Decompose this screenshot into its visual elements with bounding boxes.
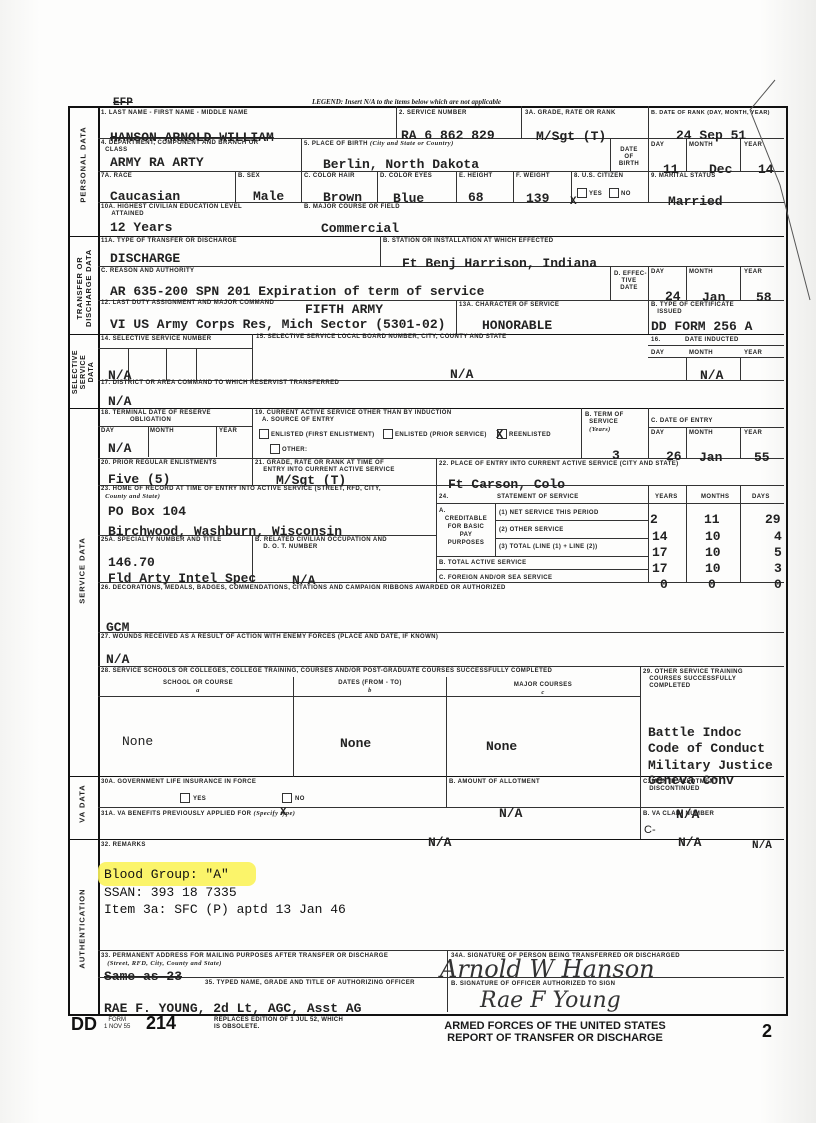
school-value: None <box>122 735 153 749</box>
col-dates-label: DATES (From - To)b <box>330 680 410 695</box>
enlisted-first-label: ENLISTED (First Enlistment) <box>271 432 374 439</box>
terminal-date-value: N/A <box>108 442 131 456</box>
item7d-label: d. COLOR EYES <box>380 173 432 180</box>
item7f-label: f. WEIGHT <box>516 173 550 180</box>
item14-label: 14. SELECTIVE SERVICE NUMBER <box>101 336 211 343</box>
race-value: Caucasian <box>110 190 180 204</box>
item22-label: 22. PLACE OF ENTRY INTO CURRENT ACTIVE S… <box>439 461 679 468</box>
place-of-entry-value: Ft Carson, Colo <box>448 478 565 492</box>
department-value: ARMY RA ARTY <box>110 156 204 170</box>
item31a-label: 31a. VA BENEFITS PREVIOUSLY APPLIED FOR … <box>101 810 295 818</box>
place-of-birth-value: Berlin, North Dakota <box>323 158 479 172</box>
eff-month-label: MONTH <box>689 269 713 276</box>
item27-label: 27. WOUNDS RECEIVED AS A RESULT OF ACTIO… <box>101 634 438 641</box>
service-row-label: (2) OTHER SERVICE <box>499 527 564 534</box>
claim-number-value: N/A <box>678 836 701 850</box>
education-value: 12 Years <box>110 221 172 235</box>
item17-label: 17. DISTRICT OR AREA COMMAND TO WHICH RE… <box>101 380 339 387</box>
service-row-label: (1) NET SERVICE THIS PERIOD <box>499 510 599 517</box>
major-command-value: FIFTH ARMY <box>305 303 383 317</box>
ind-day-label: DAY <box>651 350 664 357</box>
last-duty-value: VI US Army Corps Res, Mich Sector (5301-… <box>110 318 445 332</box>
home-line1-value: PO Box 104 <box>108 505 186 519</box>
item11b-label: b. STATION OR INSTALLATION AT WHICH EFFE… <box>383 238 553 245</box>
divider <box>68 408 784 409</box>
item4-label: 4. DEPARTMENT, COMPONENT AND BRANCH OR C… <box>101 140 259 154</box>
item12-label: 12. LAST DUTY ASSIGNMENT AND MAJOR COMMA… <box>101 300 274 307</box>
entry-day-label: DAY <box>651 430 664 437</box>
item30a-label: 30a. GOVERNMENT LIFE INSURANCE IN FORCE <box>101 779 256 786</box>
service-row-years: 17 <box>652 562 668 576</box>
section-selective-line2: SERVICE <box>80 350 88 394</box>
station-value: Ft Benj Harrison, Indiana <box>402 257 597 271</box>
character-value: HONORABLE <box>482 319 552 333</box>
item30c-label: c. MONTH ALLOTMENT DISCONTINUED <box>643 779 718 793</box>
item30b-label: b. AMOUNT OF ALLOTMENT <box>449 779 540 786</box>
col-years-label: YEARS <box>655 494 678 501</box>
section-personal-data: PERSONAL DATA <box>79 102 88 228</box>
ind-year-label: YEAR <box>744 350 762 357</box>
page-copy-number: 2 <box>762 1021 772 1042</box>
item25b-label: b. RELATED CIVILIAN OCCUPATION AND D. O.… <box>255 537 387 551</box>
item19a-label: a. SOURCE OF ENTRY <box>262 417 334 424</box>
enlisted-prior-checkbox[interactable] <box>383 429 393 439</box>
reenlisted-mark: X <box>496 428 503 442</box>
item7c-label: c. COLOR HAIR <box>304 173 355 180</box>
item20-label: 20. PRIOR REGULAR ENLISTMENTS <box>101 460 217 467</box>
item13b-label: b. TYPE OF CERTIFICATE ISSUED <box>651 302 734 316</box>
service-row-days: 4 <box>774 530 782 544</box>
major-value: Commercial <box>321 222 399 236</box>
section-service-data: SERVICE DATA <box>78 516 87 626</box>
insurance-yes-checkbox[interactable] <box>180 793 190 803</box>
item11a-label: 11a. TYPE OF TRANSFER OR DISCHARGE <box>101 238 237 245</box>
item16-label: DATE INDUCTED <box>685 337 739 344</box>
remarks-line: SSAN: 393 18 7335 <box>104 886 237 900</box>
sex-value: Male <box>253 190 284 204</box>
service-row-days: 0 <box>774 578 782 592</box>
form-prefix: DD <box>71 1014 97 1035</box>
citizen-no-checkbox[interactable] <box>609 188 619 198</box>
height-value: 68 <box>468 191 484 205</box>
service-row-years: 14 <box>652 530 668 544</box>
item1-label: 1. LAST NAME - FIRST NAME - MIDDLE NAME <box>101 110 248 117</box>
benefits-mark: X <box>280 806 287 820</box>
remarks-na: N/A <box>752 839 772 853</box>
major-courses-value: None <box>486 740 517 754</box>
item15-label: 15. SELECTIVE SERVICE LOCAL BOARD NUMBER… <box>256 334 507 341</box>
item26-label: 26. DECORATIONS, MEDALS, BADGES, COMMEND… <box>101 585 506 592</box>
section-transfer: TRANSFER OR DISCHARGE DATA <box>70 240 98 336</box>
entry-year-value: 55 <box>754 451 770 465</box>
remarks-line: Item 3a: SFC (P) aptd 13 Jan 46 <box>104 903 346 917</box>
item34b-label: b. SIGNATURE OF OFFICER AUTHORIZED TO SI… <box>451 981 615 988</box>
item11c-label: c. REASON AND AUTHORITY <box>101 268 194 275</box>
item2-label: 2. SERVICE NUMBER <box>399 110 467 117</box>
date-inducted-value: N/A <box>700 369 723 383</box>
benefits-value: N/A <box>428 836 451 850</box>
district-value: N/A <box>108 395 131 409</box>
item16-number: 16. <box>651 337 661 344</box>
service-row-label: c. FOREIGN AND/OR SEA SERVICE <box>439 575 552 582</box>
service-row-months: 10 <box>705 530 721 544</box>
citizen-yes-checkbox[interactable] <box>577 188 587 198</box>
insurance-no-checkbox[interactable] <box>282 793 292 803</box>
item10b-label: b. MAJOR COURSE OR FIELD <box>304 204 400 211</box>
transfer-type-value: DISCHARGE <box>110 252 180 266</box>
officer-value: RAE F. YOUNG, 2d Lt, AGC, Asst AG <box>104 1002 361 1016</box>
local-board-value: N/A <box>450 368 473 382</box>
dob-month-label: MONTH <box>689 142 713 149</box>
other-training-item: Military Justice <box>648 759 773 773</box>
specialty-title-value: Fld Arty Intel Spec <box>108 572 256 586</box>
other-training-item: Code of Conduct <box>648 742 765 756</box>
allotment-discontinued-value: N/A <box>676 808 699 822</box>
item25a-label: 25a. SPECIALTY NUMBER AND TITLE <box>101 537 222 544</box>
col-days-label: DAYS <box>752 494 770 501</box>
form-title-line1: ARMED FORCES OF THE UNITED STATES <box>430 1020 680 1032</box>
service-row-years: 0 <box>660 578 668 592</box>
service-row-months: 11 <box>704 513 720 527</box>
item18-label: 18. TERMINAL DATE OF RESERVE OBLIGATION <box>101 410 211 424</box>
service-row-label: b. TOTAL ACTIVE SERVICE <box>439 560 527 567</box>
item13a-label: 13a. CHARACTER OF SERVICE <box>459 302 559 309</box>
entry-year-label: YEAR <box>744 430 762 437</box>
other-training-item: Battle Indoc <box>648 726 742 740</box>
item24-title: STATEMENT OF SERVICE <box>497 494 579 501</box>
item35-label: 35. TYPED NAME, GRADE AND TITLE OF AUTHO… <box>205 980 415 987</box>
insurance-yes-label: YES <box>193 796 206 803</box>
item24a-label: a.CREDITABLEFOR BASICPAYPURPOSES <box>439 507 493 547</box>
citizen-mark: X <box>570 195 577 209</box>
section-va-data: VA DATA <box>78 771 87 837</box>
reason-value: AR 635-200 SPN 201 Expiration of term of… <box>110 285 484 299</box>
insurance-no-label: NO <box>295 796 305 803</box>
service-row-label: (3) TOTAL (Line (1) + line (2)) <box>499 544 598 551</box>
service-row-months: 0 <box>708 578 716 592</box>
t-year-label: YEAR <box>219 428 237 435</box>
remarks-line: Blood Group: "A" <box>104 868 229 882</box>
item23-label: 23. HOME OF RECORD AT TIME OF ENTRY INTO… <box>101 486 381 501</box>
date-of-rank-value: 24 Sep 51 <box>676 129 746 143</box>
claim-prefix: C- <box>644 824 656 836</box>
col-school-label: SCHOOL OR COURSEa <box>158 680 238 695</box>
item29-label: 29. OTHER SERVICE TRAINING COURSES SUCCE… <box>643 669 743 690</box>
item5-label: 5. PLACE OF BIRTH (City and State or Cou… <box>304 140 454 148</box>
item28-label: 28. SERVICE SCHOOLS OR COLLEGES, COLLEGE… <box>101 668 552 675</box>
item11d-label: d. EFFEC-TIVEDATE <box>614 271 644 292</box>
divider <box>68 236 784 237</box>
enlisted-prior-label: ENLISTED (Prior Service) <box>395 432 487 439</box>
col-months-label: MONTHS <box>701 494 729 501</box>
item24-label: 24. <box>439 494 449 501</box>
form-number: 214 <box>146 1013 176 1034</box>
reenlisted-label: REENLISTED <box>509 432 551 439</box>
wounds-value: N/A <box>106 653 129 667</box>
form-date-block: FORM1 NOV 55 <box>104 1017 130 1031</box>
certificate-value: DD FORM 256 A <box>651 320 752 334</box>
dates-value: None <box>340 737 371 751</box>
item33-label: 33. PERMANENT ADDRESS FOR MAILING PURPOS… <box>101 953 388 968</box>
section-selective: SELECTIVE SERVICE DATA <box>70 336 98 408</box>
entry-month-label: MONTH <box>689 430 713 437</box>
form-title-line2: REPORT OF TRANSFER OR DISCHARGE <box>430 1032 680 1044</box>
section-transfer-line1: TRANSFER OR <box>75 249 84 327</box>
item3a-label: 3a. GRADE, RATE OR RANK <box>525 110 616 117</box>
item32-label: 32. REMARKS <box>101 842 146 849</box>
other-label: OTHER: <box>282 447 307 454</box>
signature-officer: Rae F Young <box>480 988 621 1013</box>
item21-label: 21. GRADE, RATE OR RANK AT TIME OF ENTRY… <box>255 460 395 474</box>
t-day-label: DAY <box>101 428 114 435</box>
item9-label: 9. MARITAL STATUS <box>651 173 716 180</box>
item19-label: 19. CURRENT ACTIVE SERVICE OTHER THAN BY… <box>255 410 452 417</box>
weight-value: 139 <box>526 192 549 206</box>
signature-person: Arnold W Hanson <box>440 955 655 983</box>
permanent-address-value: Same as 23 <box>104 970 182 984</box>
allotment-value: N/A <box>499 807 522 821</box>
section-selective-line1: SELECTIVE <box>72 350 80 394</box>
enlisted-first-checkbox[interactable] <box>259 429 269 439</box>
marital-value: Married <box>668 195 723 209</box>
specialty-number-value: 146.70 <box>108 556 155 570</box>
service-row-months: 10 <box>705 546 721 560</box>
citizen-no-label: NO <box>621 191 631 198</box>
section-authentication: AUTHENTICATION <box>78 872 87 986</box>
dob-day-label: DAY <box>651 142 664 149</box>
entry-month-value: Jan <box>699 451 722 465</box>
replaces-note: REPLACES EDITION OF 1 JUL 52, WHICHIS OB… <box>214 1017 343 1031</box>
item7b-label: b. SEX <box>238 173 260 180</box>
item10a-label: 10a. HIGHEST CIVILIAN EDUCATION LEVEL AT… <box>101 204 242 218</box>
section-transfer-line2: DISCHARGE DATA <box>84 249 93 327</box>
service-row-days: 5 <box>774 546 782 560</box>
item6-label: DATEOFBIRTH <box>614 147 644 168</box>
item19b-label: b. TERM OF SERVICE (Years) <box>585 412 624 434</box>
section-selective-line3: DATA <box>88 350 96 394</box>
other-checkbox[interactable] <box>270 444 280 454</box>
t-month-label: MONTH <box>150 428 174 435</box>
form-title: ARMED FORCES OF THE UNITED STATESREPORT … <box>430 1020 680 1044</box>
grade-value: M/Sgt (T) <box>536 130 606 144</box>
item7e-label: e. HEIGHT <box>459 173 493 180</box>
citizen-yes-label: YES <box>589 191 602 198</box>
service-row-years: 2 <box>650 513 658 527</box>
legend-text: LEGEND: Insert N/A to the items below wh… <box>312 98 501 106</box>
hair-value: Brown <box>323 191 362 205</box>
prior-enlistments-value: Five (5) <box>108 473 170 487</box>
eff-day-label: DAY <box>651 269 664 276</box>
service-row-years: 17 <box>652 546 668 560</box>
ind-month-label: MONTH <box>689 350 713 357</box>
col-major-label: MAJOR COURSESc <box>503 682 583 697</box>
service-row-days: 29 <box>765 513 781 527</box>
item8-label: 8. U.S. CITIZEN <box>574 173 623 180</box>
item19c-label: c. DATE OF ENTRY <box>651 418 713 425</box>
item7a-label: 7a. RACE <box>101 173 132 180</box>
service-row-months: 10 <box>705 562 721 576</box>
decorations-value: GCM <box>106 621 129 635</box>
service-row-days: 3 <box>774 562 782 576</box>
folded-corner-mark <box>740 70 816 310</box>
divider <box>68 839 784 840</box>
